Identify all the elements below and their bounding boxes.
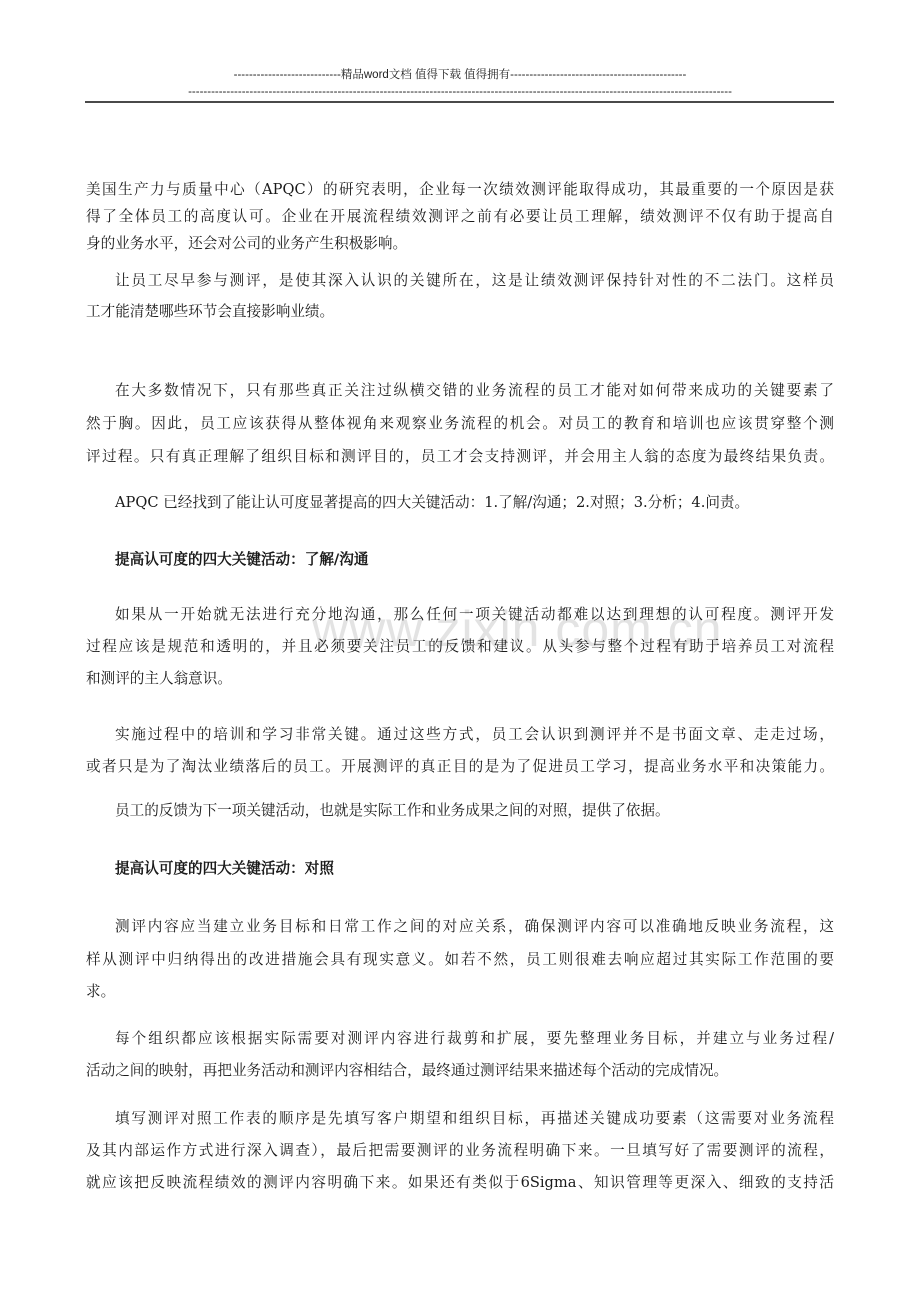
paragraph-line: 如果从一开始就无法进行充分地沟通，那么任何一项关键活动都难以达到理想的认可程度。…	[86, 599, 834, 631]
paragraph-line: 美国生产力与质量中心（APQC）的研究表明，企业每一次绩效测评能取得成功，其最重…	[86, 176, 834, 203]
paragraph-line: 过程应该是规范和透明的，并且必须要关注员工的反馈和建议。从头参与整个过程有助于培…	[86, 631, 834, 663]
paragraph-line: 填写测评对照工作表的顺序是先填写客户期望和组织目标，再描述关键成功要素（这需要对…	[86, 1103, 834, 1135]
paragraph-line: 得了全体员工的高度认可。企业在开展流程绩效测评之前有必要让员工理解，绩效测评不仅…	[86, 203, 834, 230]
header-rule	[85, 101, 834, 103]
header-dash-line: ----------------------------------------…	[0, 86, 920, 98]
paragraph-4: APQC 已经找到了能让认可度显著提高的四大关键活动：1.了解/沟通；2.对照；…	[86, 493, 834, 513]
paragraph-9: 每个组织都应该根据实际需要对测评内容进行裁剪和扩展，要先整理业务目标，并建立与业…	[86, 1023, 834, 1087]
paragraph-line: 求。	[86, 976, 834, 1009]
paragraph-line: 活动之间的映射，再把业务活动和测评内容相结合，最终通过测评结果来描述每个活动的完…	[86, 1055, 834, 1087]
paragraph-line: 身的业务水平，还会对公司的业务产生积极影响。	[86, 230, 834, 257]
paragraph-line: 员工的反馈为下一项关键活动，也就是实际工作和业务成果之间的对照，提供了依据。	[86, 801, 834, 821]
paragraph-6: 实施过程中的培训和学习非常关键。通过这些方式，员工会认识到测评并不是书面文章、走…	[86, 719, 834, 783]
paragraph-line: 评过程。只有真正理解了组织目标和测评目的，员工才会支持测评，并会用主人翁的态度为…	[86, 440, 834, 473]
paragraph-line: 实施过程中的培训和学习非常关键。通过这些方式，员工会认识到测评并不是书面文章、走…	[86, 719, 834, 751]
header-banner: ----------------------------精品word文档 值得下…	[0, 66, 920, 82]
paragraph-7: 员工的反馈为下一项关键活动，也就是实际工作和业务成果之间的对照，提供了依据。	[86, 801, 834, 821]
paragraph-line: 让员工尽早参与测评，是使其深入认识的关键所在，这是让绩效测评保持针对性的不二法门…	[86, 265, 834, 296]
paragraph-8: 测评内容应当建立业务目标和日常工作之间的对应关系，确保测评内容可以准确地反映业务…	[86, 911, 834, 1009]
paragraph-2: 让员工尽早参与测评，是使其深入认识的关键所在，这是让绩效测评保持针对性的不二法门…	[86, 265, 834, 327]
paragraph-line: 在大多数情况下，只有那些真正关注过纵横交错的业务流程的员工才能对如何带来成功的关…	[86, 374, 834, 407]
paragraph-line: 就应该把反映流程绩效的测评内容明确下来。如果还有类似于6Sigma、知识管理等更…	[86, 1167, 834, 1199]
section-heading-communication: 提高认可度的四大关键活动：了解/沟通	[115, 548, 368, 569]
paragraph-line: 样从测评中归纳得出的改进措施会具有现实意义。如若不然，员工则很难去响应超过其实际…	[86, 944, 834, 977]
paragraph-line: 或者只是为了淘汰业绩落后的员工。开展测评的真正目的是为了促进员工学习，提高业务水…	[86, 751, 834, 783]
paragraph-line: 测评内容应当建立业务目标和日常工作之间的对应关系，确保测评内容可以准确地反映业务…	[86, 911, 834, 944]
paragraph-line: 及其内部运作方式进行深入调查），最后把需要测评的业务流程明确下来。一旦填写好了需…	[86, 1135, 834, 1167]
paragraph-line: APQC 已经找到了能让认可度显著提高的四大关键活动：1.了解/沟通；2.对照；…	[86, 493, 834, 513]
paragraph-line: 每个组织都应该根据实际需要对测评内容进行裁剪和扩展，要先整理业务目标，并建立与业…	[86, 1023, 834, 1055]
paragraph-line: 然于胸。因此，员工应该获得从整体视角来观察业务流程的机会。对员工的教育和培训也应…	[86, 407, 834, 440]
paragraph-line: 工才能清楚哪些环节会直接影响业绩。	[86, 296, 834, 327]
paragraph-3: 在大多数情况下，只有那些真正关注过纵横交错的业务流程的员工才能对如何带来成功的关…	[86, 374, 834, 473]
paragraph-10: 填写测评对照工作表的顺序是先填写客户期望和组织目标，再描述关键成功要素（这需要对…	[86, 1103, 834, 1199]
paragraph-line: 和测评的主人翁意识。	[86, 663, 834, 695]
section-heading-comparison: 提高认可度的四大关键活动：对照	[115, 857, 334, 878]
paragraph-5: 如果从一开始就无法进行充分地沟通，那么任何一项关键活动都难以达到理想的认可程度。…	[86, 599, 834, 695]
paragraph-1: 美国生产力与质量中心（APQC）的研究表明，企业每一次绩效测评能取得成功，其最重…	[86, 176, 834, 257]
